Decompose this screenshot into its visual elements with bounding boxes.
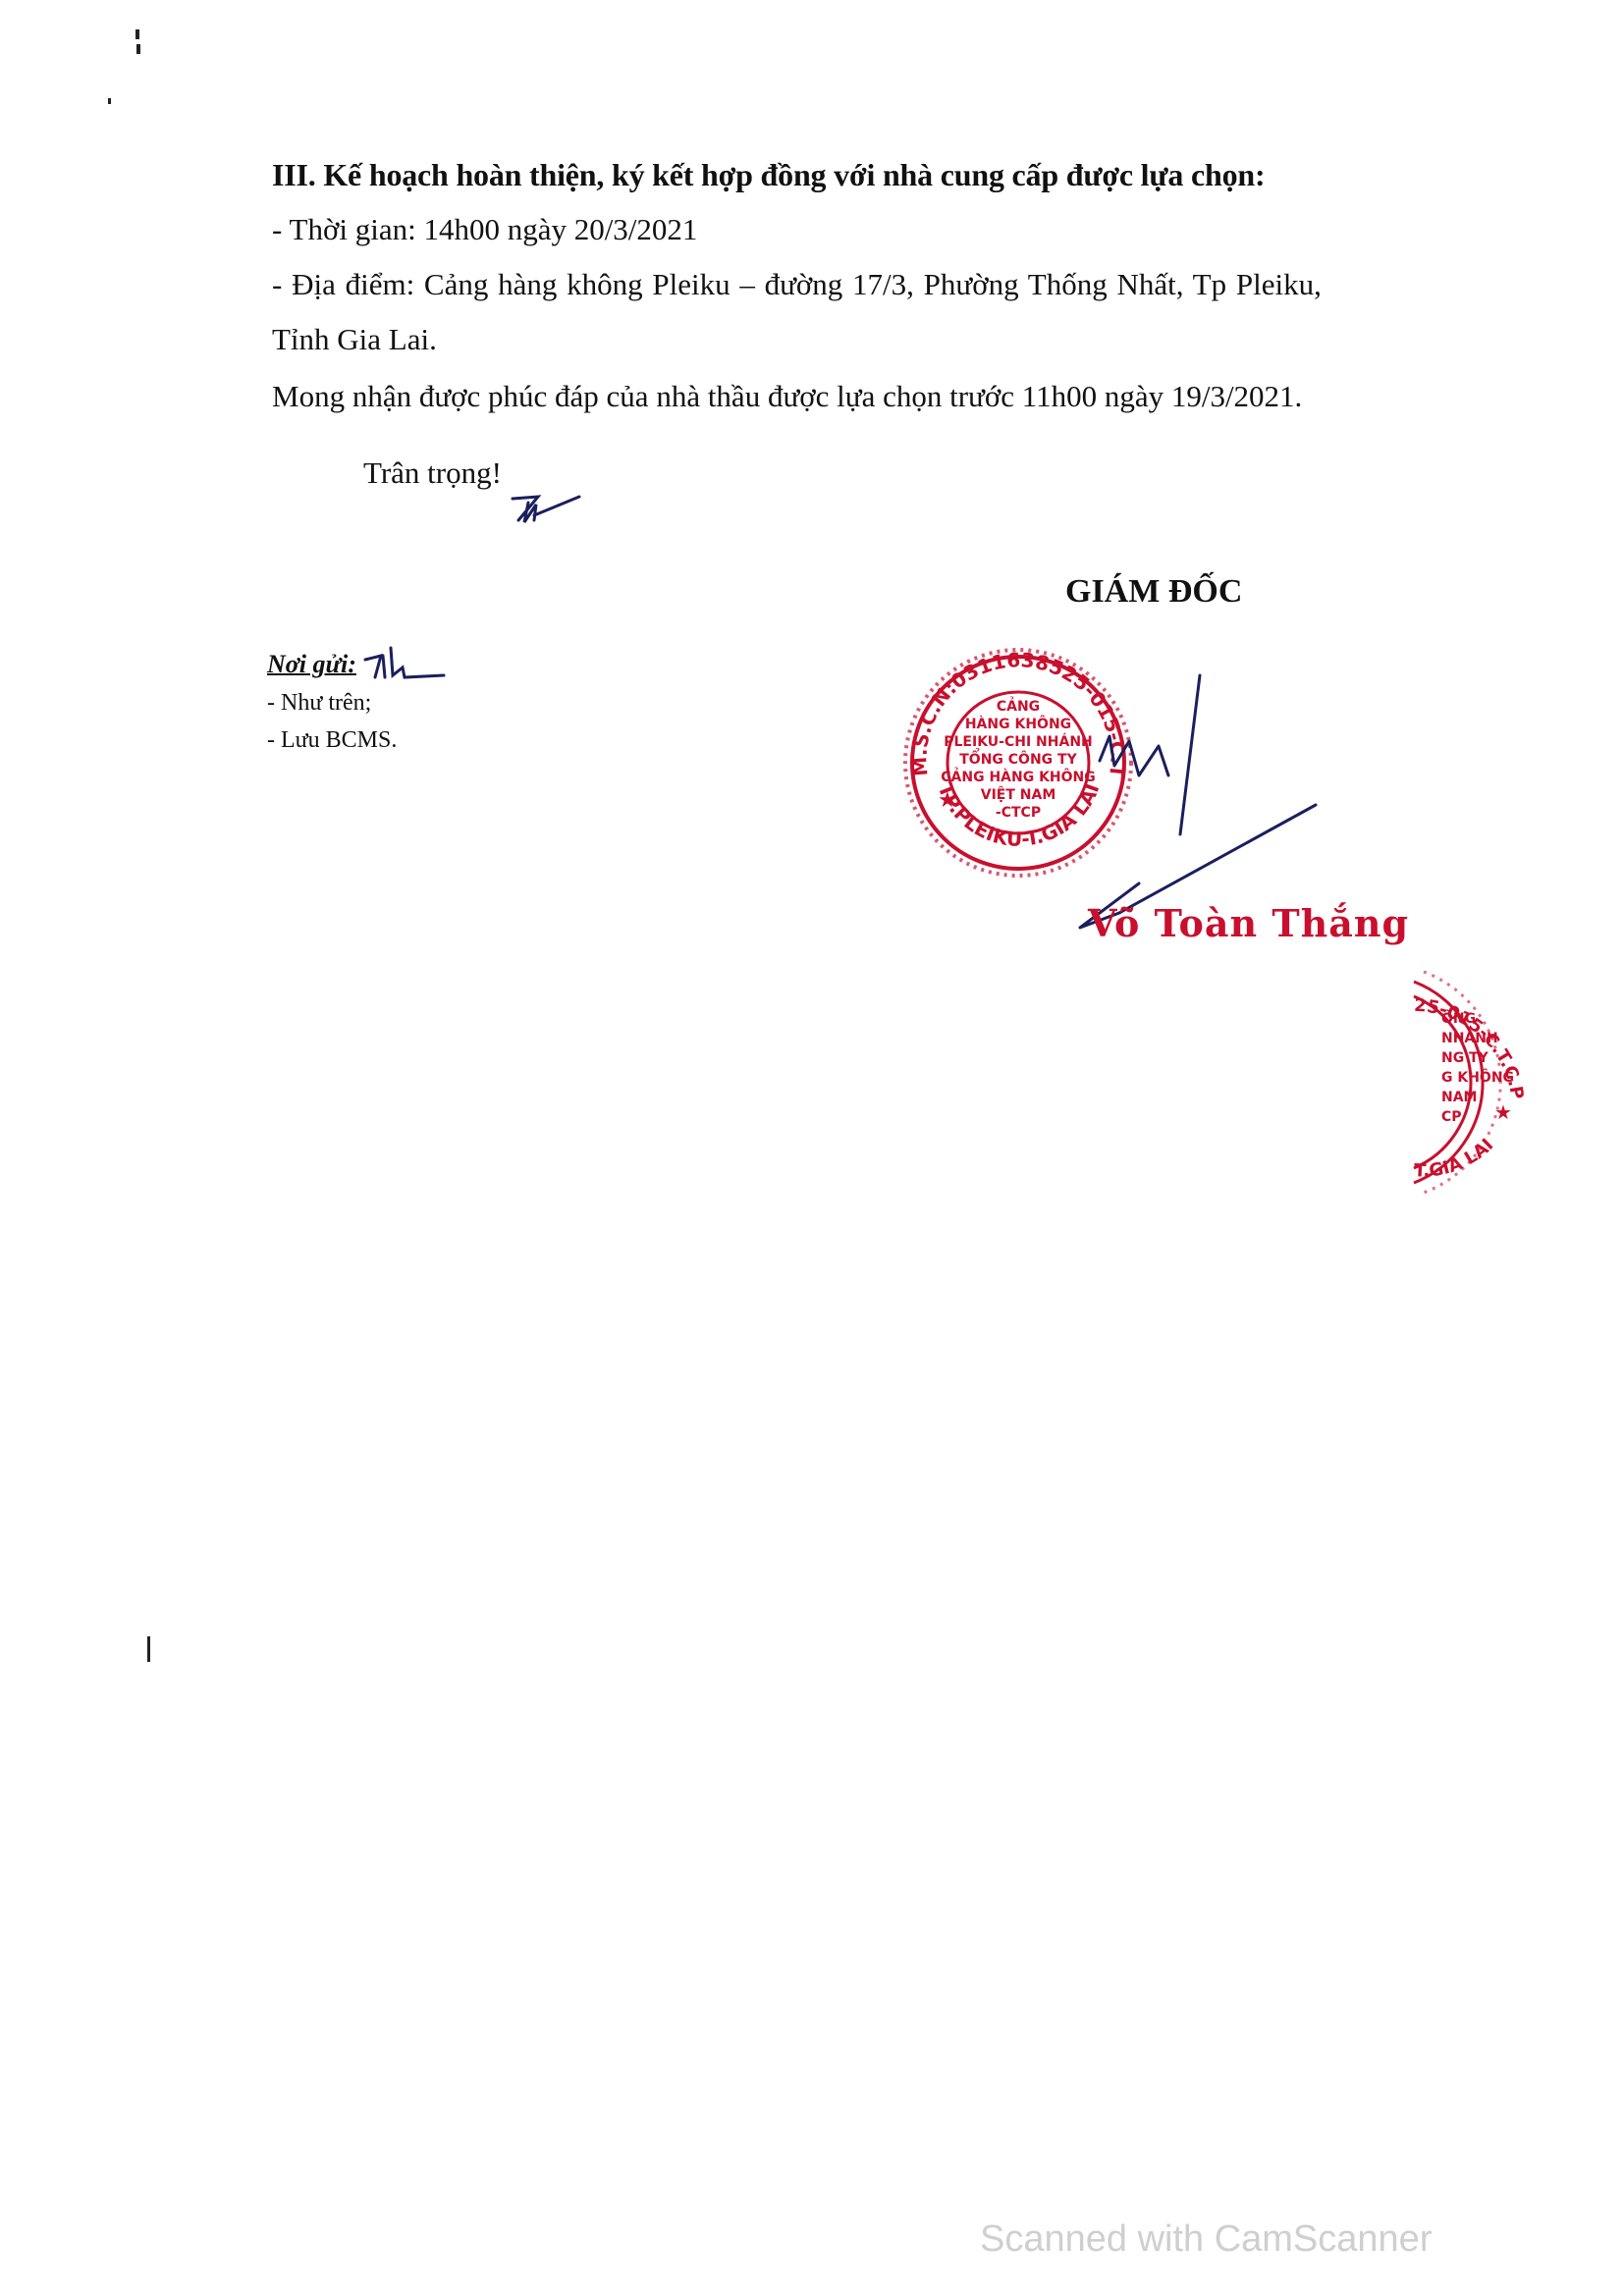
- svg-text:★: ★: [938, 788, 957, 813]
- scan-artifact: [136, 44, 140, 54]
- signer-name: Võ Toàn Thắng: [1088, 905, 1409, 942]
- signer-title: GIÁM ĐỐC: [1065, 575, 1242, 609]
- partial-seal-inner-line: NHÁNH: [1441, 1030, 1498, 1046]
- seal-inner-line: CẢNG: [997, 696, 1040, 715]
- seal-inner-line: TỔNG CÔNG TY: [959, 748, 1077, 768]
- camscanner-watermark: Scanned with CamScanner: [980, 2220, 1432, 2258]
- partial-seal-inner-line: NG TY: [1441, 1050, 1489, 1066]
- partial-seal-inner-line: NAM: [1441, 1090, 1477, 1105]
- company-seal-icon: M.S.C.N:0311638525-015-C.T.C.P TP.PLEIKU…: [0, 0, 1623, 2296]
- seal-inner-line: HÀNG KHÔNG: [965, 715, 1071, 732]
- partial-seal-inner-line: CP: [1441, 1109, 1462, 1125]
- scan-artifact: [108, 98, 111, 104]
- seal-inner-line: PLEIKU-CHI NHÁNH: [944, 733, 1093, 750]
- initials-signature-icon: [0, 0, 1623, 2296]
- svg-text:25-015-C.T.C.P: 25-015-C.T.C.P: [1414, 995, 1528, 1101]
- seal-inner-line: VIỆT NAM: [981, 785, 1056, 803]
- time-line: - Thời gian: 14h00 ngày 20/3/2021: [272, 214, 697, 244]
- partial-seal-inner-line: G KHÔNG: [1441, 1068, 1514, 1086]
- closing-text: Trân trọng!: [363, 457, 502, 488]
- location-line: - Địa điểm: Cảng hàng không Pleiku – đườ…: [272, 269, 1322, 299]
- scan-artifact: [147, 1636, 150, 1662]
- svg-text:★: ★: [1494, 1100, 1512, 1124]
- section-heading: III. Kế hoạch hoàn thiện, ký kết hợp đồn…: [272, 159, 1265, 190]
- recipient-item: - Như trên;: [267, 691, 371, 715]
- seal-bottom-text: TP.PLEIKU-T.GIA LAI: [934, 779, 1105, 851]
- location-line-continued: Tỉnh Gia Lai.: [272, 324, 437, 354]
- scan-artifact: [135, 29, 139, 39]
- seal-inner-line: -CTCP: [996, 805, 1041, 821]
- recipients-title: Nơi gửi:: [267, 652, 356, 677]
- recipients-initials-icon: [0, 0, 1623, 2296]
- partial-seal-inner-line: ÔNG: [1441, 1009, 1476, 1027]
- recipient-item: - Lưu BCMS.: [267, 728, 397, 752]
- seal-inner-line: CẢNG HÀNG KHÔNG: [941, 767, 1096, 785]
- request-line: Mong nhận được phúc đáp của nhà thầu đượ…: [272, 381, 1302, 411]
- svg-text:T.GIA LAI: T.GIA LAI: [1414, 1135, 1498, 1182]
